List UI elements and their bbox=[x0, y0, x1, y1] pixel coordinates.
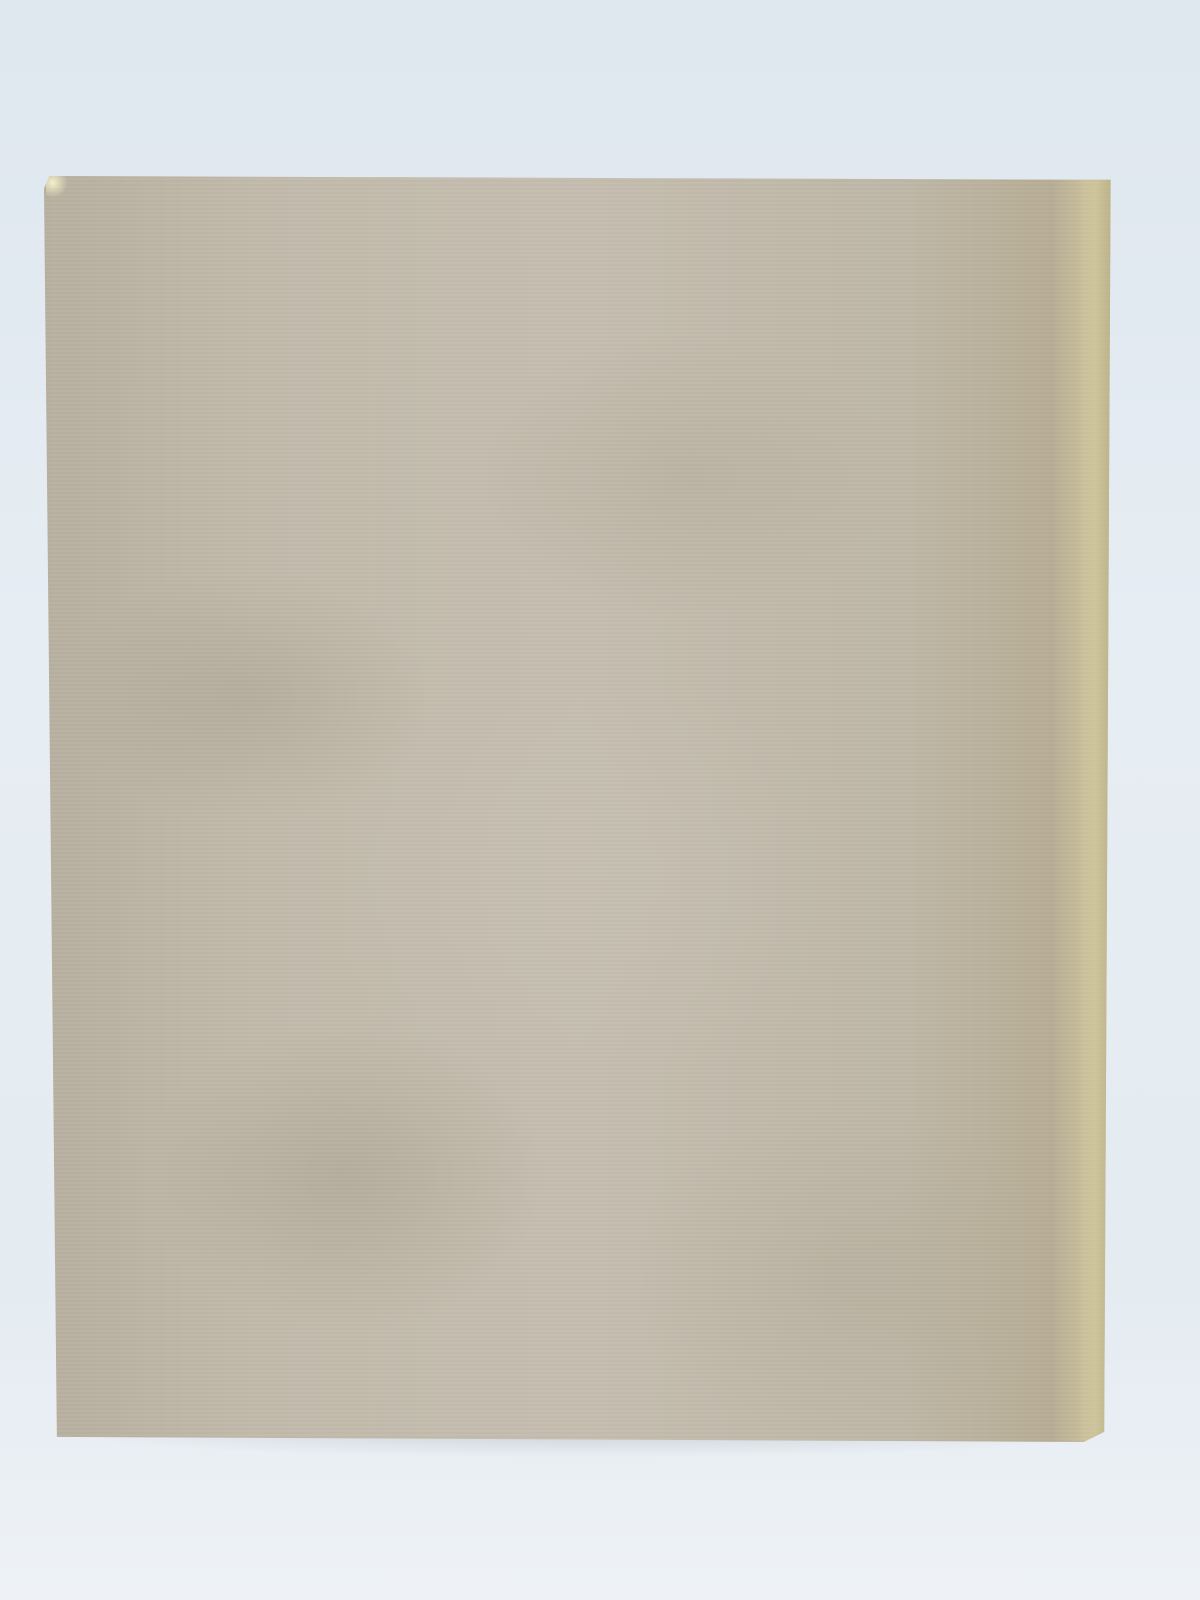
corner-wear-mark bbox=[46, 176, 68, 198]
spine-edge bbox=[1078, 176, 1116, 1442]
book-back-cover bbox=[44, 176, 1116, 1442]
cloth-cover-surface bbox=[44, 176, 1116, 1442]
photo-scene bbox=[0, 0, 1200, 1600]
